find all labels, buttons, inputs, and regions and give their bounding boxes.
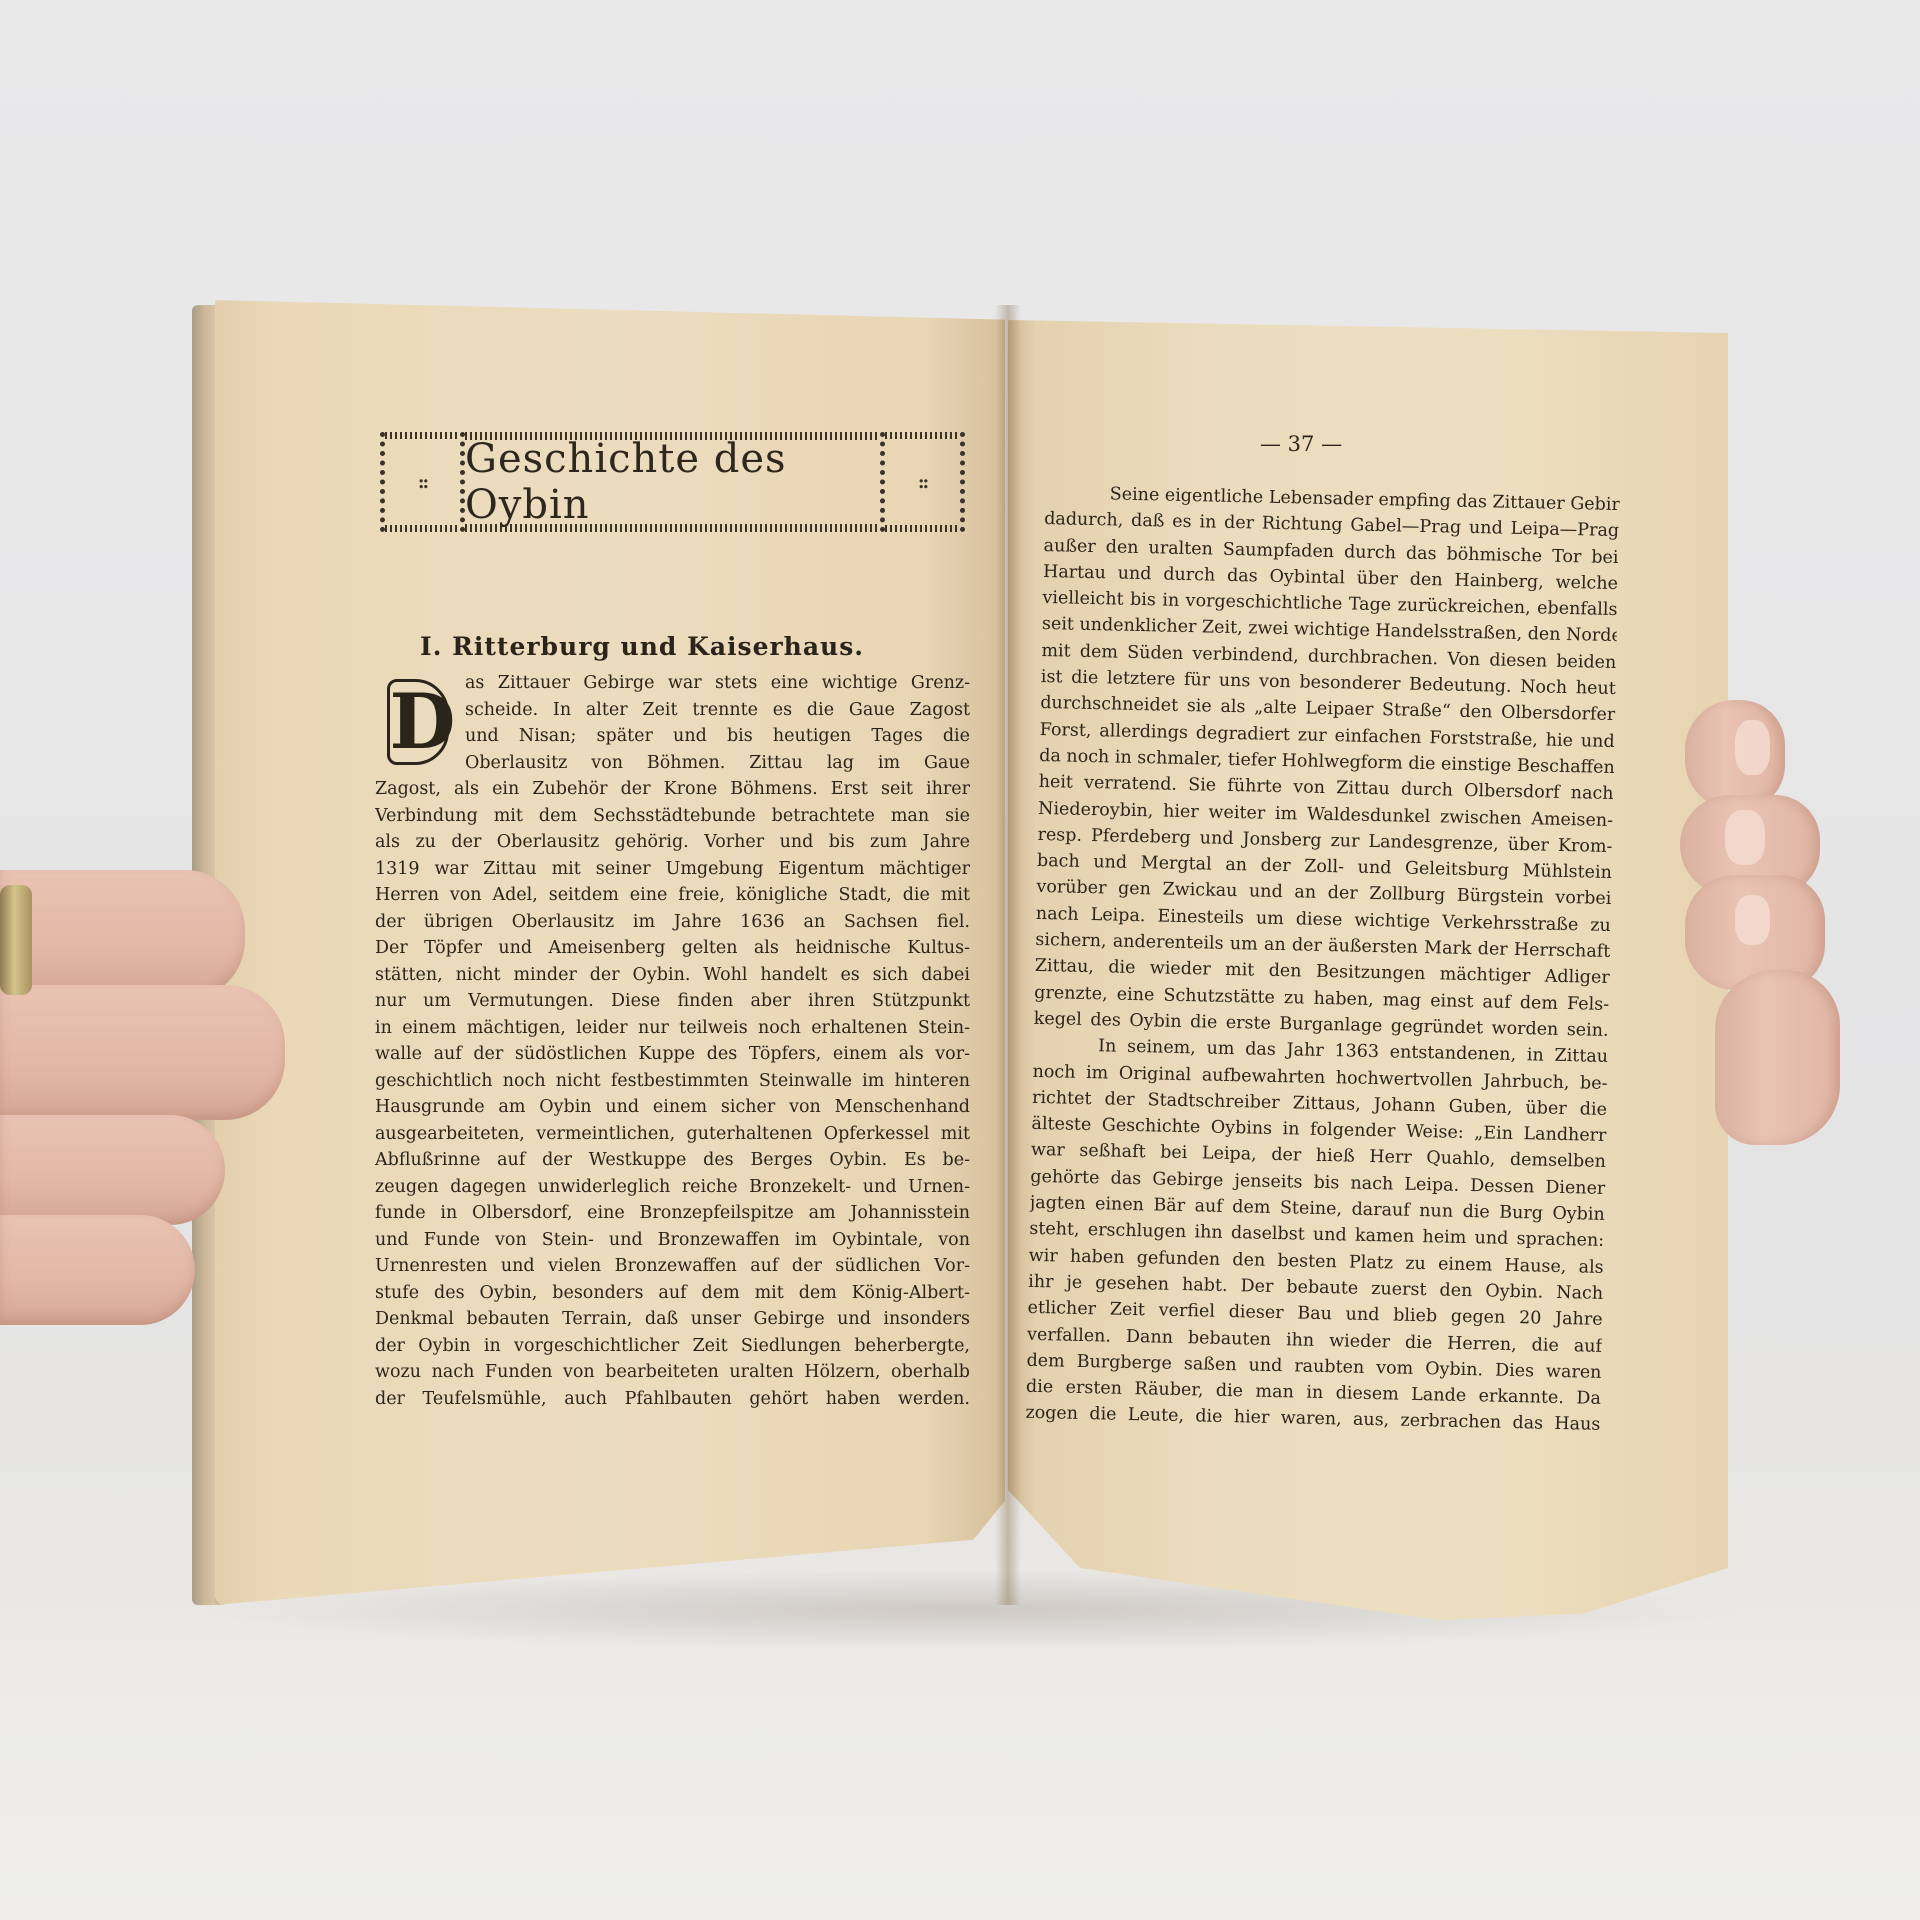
finger — [0, 1215, 195, 1325]
text-line: der übrigen Oberlausitz im Jahre 1636 an… — [375, 909, 970, 936]
chapter-title-frame: :: Geschichte des Oybin :: — [380, 432, 965, 532]
text-line: geschichtlich noch nicht festbestimmten … — [375, 1068, 970, 1095]
text-line: as Zittauer Gebirge war stets eine wicht… — [375, 670, 970, 697]
text-line: der Teufelsmühle, auch Pfahlbauten gehör… — [375, 1386, 970, 1413]
finger — [0, 870, 245, 1000]
thumb — [1715, 970, 1840, 1145]
book-gutter — [995, 305, 1021, 1605]
fingernail — [1735, 895, 1770, 945]
text-line: Abflußrinne auf der Westkuppe des Berges… — [375, 1147, 970, 1174]
text-line: und Funde von Stein- und Bronzewaffen im… — [375, 1227, 970, 1254]
text-line: zeugen dagegen unwiderleglich reiche Bro… — [375, 1174, 970, 1201]
chapter-title-box: Geschichte des Oybin — [465, 432, 880, 532]
text-line: Zagost, als ein Zubehör der Krone Böhmen… — [375, 776, 970, 803]
section-heading: I. Ritterburg und Kaiserhaus. — [420, 632, 980, 661]
finger — [0, 1115, 225, 1225]
text-line: walle auf der südöstlichen Kuppe des Töp… — [375, 1041, 970, 1068]
text-line: 1319 war Zittau mit seiner Umgebung Eige… — [375, 856, 970, 883]
page-number: — 37 — — [1260, 432, 1342, 456]
text-line: Hausgrunde am Oybin und einem sicher von… — [375, 1094, 970, 1121]
text-line: der Oybin in vorgeschichtlicher Zeit Sie… — [375, 1333, 970, 1360]
right-page-body: Seine eigentliche Lebensader empfing das… — [1025, 480, 1620, 1439]
text-line: funde in Olbersdorf, eine Bronzepfeilspi… — [375, 1200, 970, 1227]
text-line: stätten, nicht minder der Oybin. Wohl ha… — [375, 962, 970, 989]
text-line: Der Töpfer und Ameisenberg gelten als he… — [375, 935, 970, 962]
left-page-body: as Zittauer Gebirge war stets eine wicht… — [375, 670, 970, 1412]
text-line: Verbindung mit dem Sechsstädtebunde betr… — [375, 803, 970, 830]
text-line: Oberlausitz von Böhmen. Zittau lag im Ga… — [375, 750, 970, 777]
text-line: und Nisan; später und bis heutigen Tages… — [375, 723, 970, 750]
ornament-dots-icon: :: — [918, 472, 927, 493]
ring — [0, 885, 32, 995]
text-line: Denkmal bebauten Terrain, daß unser Gebi… — [375, 1306, 970, 1333]
text-line: in einem mächtigen, leider nur teilweis … — [375, 1015, 970, 1042]
text-line: als zu der Oberlausitz gehörig. Vorher u… — [375, 829, 970, 856]
finger — [0, 985, 285, 1120]
ornament-right: :: — [880, 432, 965, 532]
text-line: ausgearbeiteten, vermeintlichen, guterha… — [375, 1121, 970, 1148]
text-line: wozu nach Funden von bearbeiteten uralte… — [375, 1359, 970, 1386]
fingernail — [1725, 810, 1765, 865]
text-line: Urnenresten und vielen Bronzewaffen auf … — [375, 1253, 970, 1280]
ornament-left: :: — [380, 432, 465, 532]
text-line: scheide. In alter Zeit trennte es die Ga… — [375, 697, 970, 724]
ornament-dots-icon: :: — [418, 472, 427, 493]
text-line: nur um Vermutungen. Diese finden aber ih… — [375, 988, 970, 1015]
text-line: Herren von Adel, seitdem eine freie, kön… — [375, 882, 970, 909]
text-line: stufe des Oybin, besonders auf dem mit d… — [375, 1280, 970, 1307]
fingernail — [1735, 720, 1770, 775]
chapter-title: Geschichte des Oybin — [465, 436, 880, 528]
